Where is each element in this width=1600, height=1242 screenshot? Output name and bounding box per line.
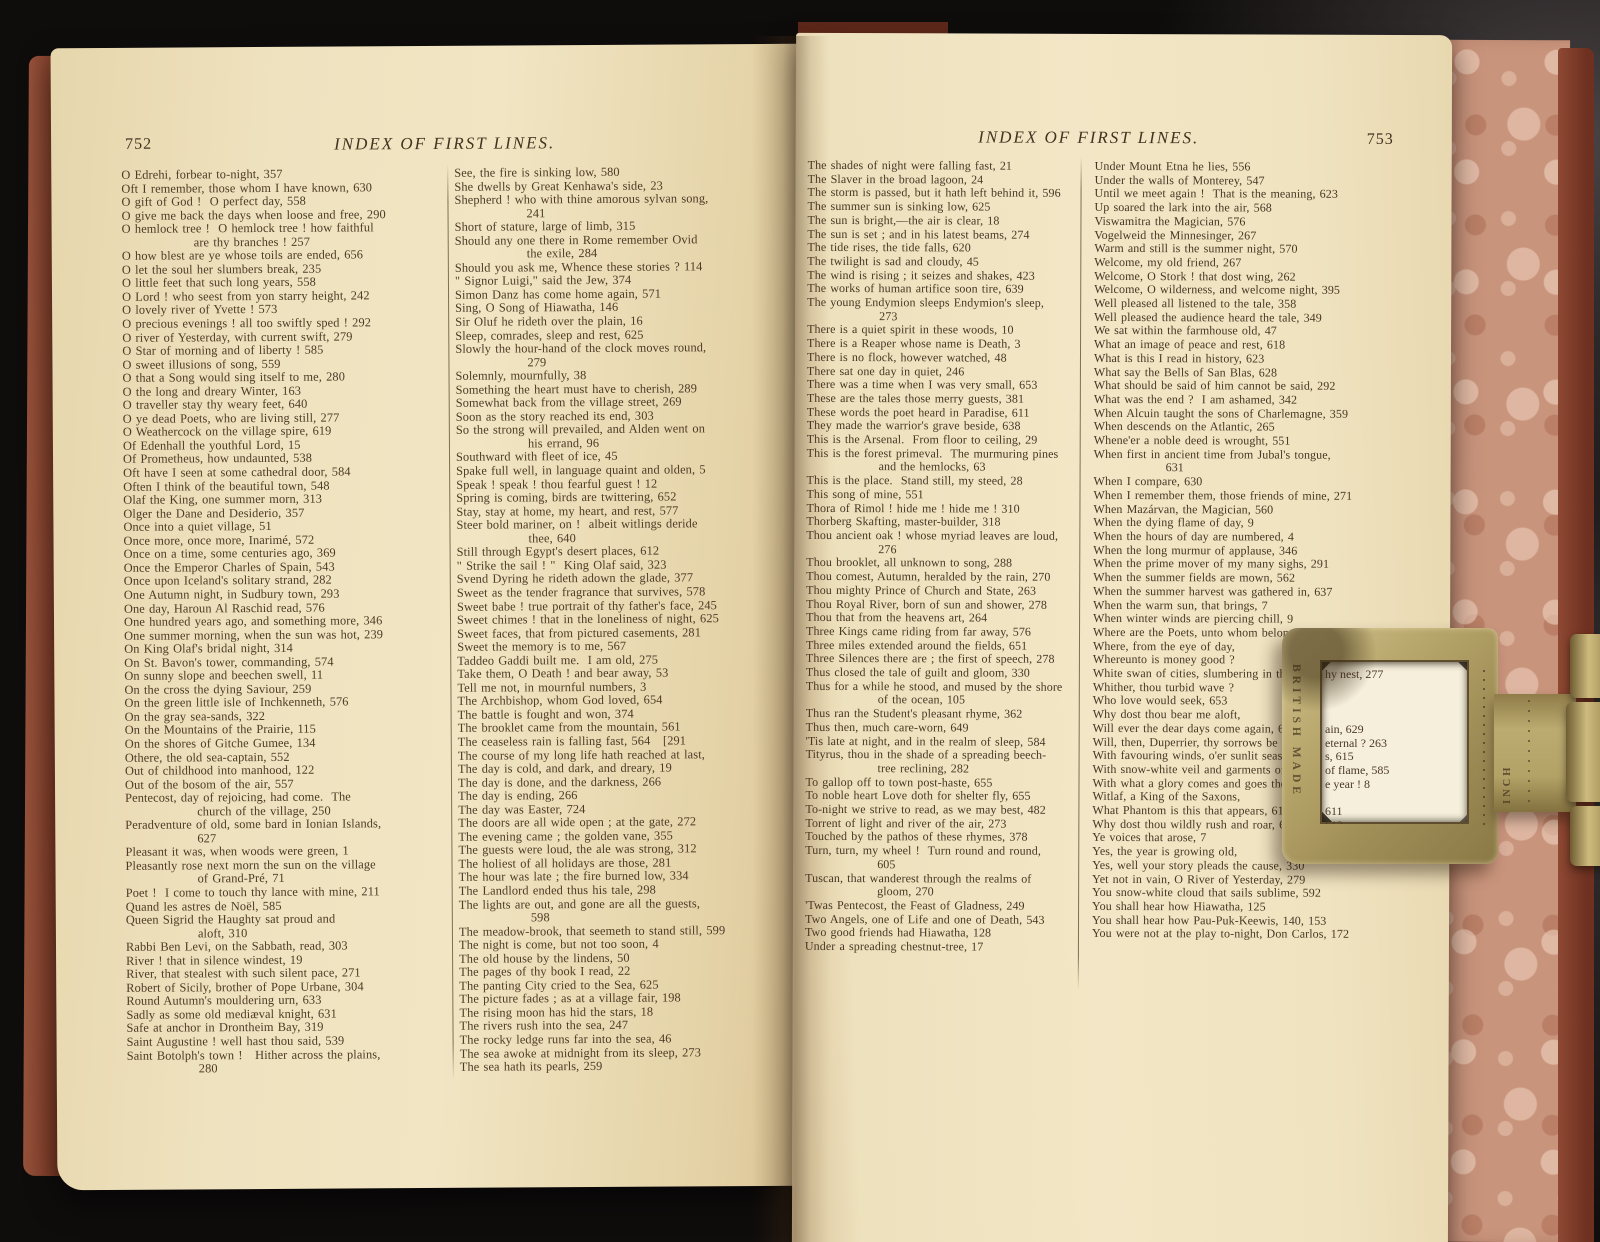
clasp-window-opening: hy nest, 277 ain, 629eternal ? 263s, 615… <box>1320 660 1469 824</box>
index-entry: This is the forest primeval. The murmuri… <box>807 447 1102 475</box>
page-number-right: 753 <box>1367 131 1394 149</box>
clasp-window-text-line: ain, 629 <box>1325 723 1469 737</box>
index-entry: Queen Sigrid the Haughty sat proud and a… <box>126 912 449 941</box>
index-entry: Pleasantly rose next morn the sun on the… <box>125 858 448 887</box>
index-entry: Pentecost, day of rejoicing, had come. T… <box>125 790 448 819</box>
index-entry: Steer bold mariner, on ! albeit witlings… <box>456 517 779 546</box>
clasp-hinge-barrel-top <box>1570 634 1600 698</box>
clasp-window-text-line: of flame, 585 <box>1325 764 1469 778</box>
clasp-window-text-line <box>1325 791 1469 805</box>
index-entry: Thus for a while he stood, and mused by … <box>806 680 1101 708</box>
running-header-left: INDEX OF FIRST LINES. <box>51 132 798 157</box>
clasp-inch-stamp: INCH <box>1502 702 1513 804</box>
index-entry: Tuscan, that wanderest through the realm… <box>805 871 1100 899</box>
index-entry: Turn, turn, my wheel ! Turn round and ro… <box>805 844 1100 872</box>
index-entry: Saint Botolph's town ! Hither across the… <box>127 1047 450 1076</box>
index-entry: Should any one there in Rome remember Ov… <box>455 233 778 262</box>
clasp-ruler-marks <box>1483 670 1485 828</box>
index-entry: Peradventure of old, some bard in Ionian… <box>125 817 448 846</box>
index-entry: The sea hath its pearls, 259 <box>460 1059 783 1075</box>
index-entry: Tityrus, thou in the shade of a spreadin… <box>806 748 1101 776</box>
clasp-window-text-line <box>1325 682 1469 696</box>
left-page: 752 INDEX OF FIRST LINES. O Edrehi, forb… <box>51 44 805 1191</box>
clasp-window-text-line: e year ! 8 <box>1325 778 1469 792</box>
index-entry: Thou ancient oak ! whose myriad leaves a… <box>806 529 1101 557</box>
clasp-window-text-line: eternal ? 263 <box>1325 737 1469 751</box>
clasp-window-text-line <box>1325 695 1469 709</box>
brass-clasp-frame: BRITISH MADE hy nest, 277 ain, 629eterna… <box>1282 628 1498 864</box>
index-entry: Under a spreading chestnut-tree, 17 <box>805 940 1100 955</box>
clasp-hinge-barrel-middle <box>1566 702 1600 802</box>
clasp-british-made-stamp: BRITISH MADE <box>1290 664 1302 834</box>
index-entry: The young Endymion sleeps Endymion's sle… <box>807 296 1102 324</box>
index-column-2: See, the fire is sinking low, 580She dwe… <box>454 165 783 1075</box>
clasp-window-text-line: s, 615 <box>1325 750 1469 764</box>
clasp-window-text-line: 612 <box>1325 819 1469 824</box>
clasp-window-text-line <box>1325 709 1469 723</box>
index-entry: Shepherd ! who with thine amorous sylvan… <box>454 192 777 221</box>
brass-clasp-tab: INCH <box>1494 694 1576 812</box>
index-entry: O hemlock tree ! O hemlock tree ! how fa… <box>122 221 445 250</box>
clasp-tab-ruler-marks <box>1528 700 1530 806</box>
index-entry: When first in ancient time from Jubal's … <box>1094 448 1412 477</box>
clasp-hinge-barrel-bottom <box>1570 806 1600 866</box>
index-entry: The lights are out, and gone are all the… <box>459 896 782 925</box>
index-column-3: The shades of night were falling fast, 2… <box>805 159 1103 955</box>
index-entry: Slowly the hour-hand of the clock moves … <box>455 341 778 370</box>
index-entry: You were not at the play to-night, Don C… <box>1092 927 1410 942</box>
clasp-window-text-line: hy nest, 277 <box>1325 668 1469 682</box>
clasp-window-text-line: 611 <box>1325 805 1469 819</box>
index-column-1: O Edrehi, forbear to-night, 357Oft I rem… <box>121 167 450 1077</box>
running-header-right: INDEX OF FIRST LINES. <box>796 127 1452 149</box>
index-entry: So the strong will prevailed, and Alden … <box>456 422 779 451</box>
